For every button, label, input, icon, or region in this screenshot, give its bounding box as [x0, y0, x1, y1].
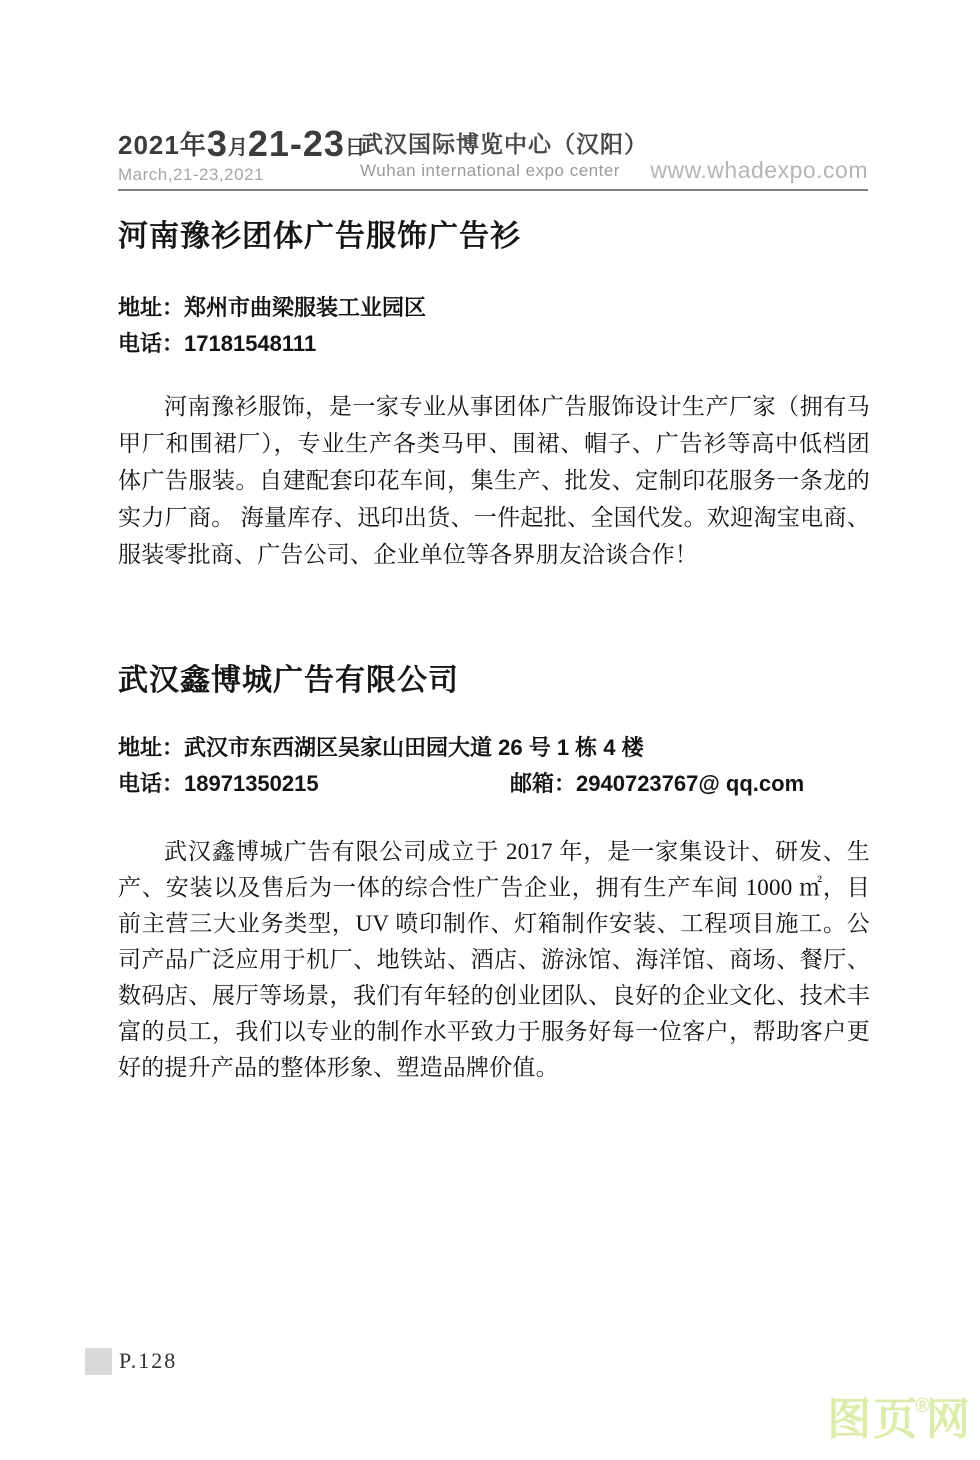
venue-name-cn: 武汉国际博览中心（汉阳）	[360, 132, 648, 157]
company-name: 武汉鑫博城广告有限公司	[118, 664, 870, 699]
page-number-square	[85, 1348, 112, 1375]
email-value: 2940723767@ qq.com	[576, 771, 804, 796]
date-month-num: 3	[207, 123, 228, 164]
phone-value: 18971350215	[184, 771, 319, 796]
phone-pair: 电话：18971350215	[118, 766, 319, 802]
date-month-char: 月	[228, 137, 248, 159]
phone-label: 电话：	[118, 771, 184, 796]
venue-name-en: Wuhan international expo center	[360, 161, 648, 181]
registered-mark-icon: ®	[915, 1396, 932, 1416]
company-contact: 地址：郑州市曲梁服装工业园区 电话：17181548111	[118, 290, 870, 362]
company-description: 武汉鑫博城广告有限公司成立于 2017 年，是一家集设计、研发、生产、安装以及售…	[118, 834, 870, 1086]
event-date-cn: 2021年3月21-23日	[118, 126, 365, 162]
phone-value: 17181548111	[184, 331, 316, 356]
address-label: 地址：	[118, 735, 184, 760]
watermark-logo: 图页®网	[827, 1398, 972, 1442]
website-url: www.whadexpo.com	[650, 157, 868, 184]
phone-line: 电话：17181548111	[118, 326, 870, 362]
watermark-text-right: 网	[926, 1395, 972, 1444]
event-date-en: March,21-23,2021	[118, 165, 365, 185]
address-value: 郑州市曲梁服装工业园区	[184, 295, 426, 320]
address-line: 地址：武汉市东西湖区吴家山田园大道 26 号 1 栋 4 楼	[118, 730, 870, 766]
address-line: 地址：郑州市曲梁服装工业园区	[118, 290, 870, 326]
company-description: 河南豫衫服饰，是一家专业从事团体广告服饰设计生产厂家（拥有马甲厂和围裙厂），专业…	[118, 388, 870, 573]
page-number: P.128	[119, 1348, 177, 1374]
catalog-page: 2021年3月21-23日 March,21-23,2021 武汉国际博览中心（…	[0, 0, 980, 1460]
company-name: 河南豫衫团体广告服饰广告衫	[118, 220, 870, 255]
event-date: 2021年3月21-23日 March,21-23,2021	[118, 126, 365, 185]
header-divider	[118, 189, 868, 191]
page-footer: P.128	[85, 1347, 177, 1375]
phone-email-line: 电话：18971350215 邮箱：2940723767@ qq.com	[118, 766, 870, 802]
watermark-text-left: 图页	[827, 1395, 919, 1444]
event-venue: 武汉国际博览中心（汉阳） Wuhan international expo ce…	[360, 132, 648, 181]
page-header: 2021年3月21-23日 March,21-23,2021 武汉国际博览中心（…	[118, 126, 868, 188]
date-days: 21-23	[248, 123, 345, 164]
phone-label: 电话：	[118, 331, 184, 356]
email-pair: 邮箱：2940723767@ qq.com	[510, 766, 804, 802]
date-year: 2021年	[118, 130, 207, 160]
address-label: 地址：	[118, 295, 184, 320]
address-value: 武汉市东西湖区吴家山田园大道 26 号 1 栋 4 楼	[184, 735, 644, 760]
email-label: 邮箱：	[510, 771, 576, 796]
